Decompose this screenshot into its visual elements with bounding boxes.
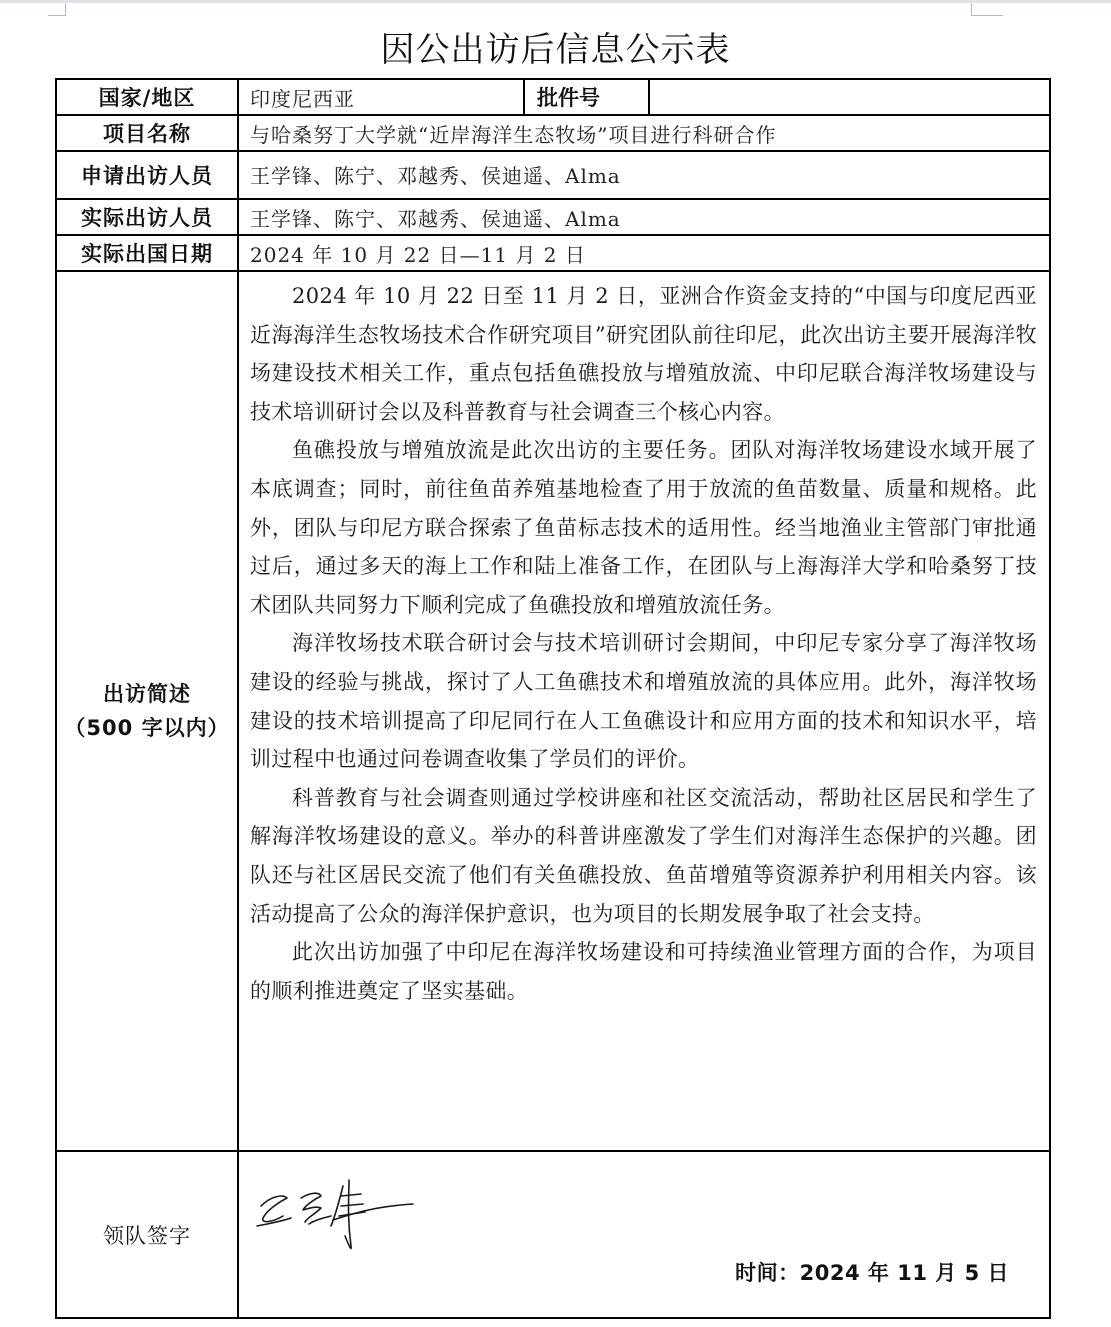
signature-area: 时间：2024 年 11 月 5 日 xyxy=(239,1152,1049,1317)
page-corner-mark-left xyxy=(48,3,66,16)
row-country: 国家/地区 印度尼西亚 批件号 xyxy=(57,80,1049,116)
handwritten-signature-icon xyxy=(253,1166,433,1256)
row-project-name: 项目名称 与哈桑努丁大学就“近岸海洋生态牧场”项目进行科研合作 xyxy=(57,116,1049,152)
project-name-label: 项目名称 xyxy=(57,116,239,150)
batch-number-value xyxy=(650,80,1049,114)
row-departure-dates: 实际出国日期 2024 年 10 月 22 日—11 月 2 日 xyxy=(57,236,1049,272)
actual-personnel-value: 王学锋、陈宁、邓越秀、侯迪遥、Alma xyxy=(239,200,1049,234)
batch-number-label: 批件号 xyxy=(523,80,650,114)
row-leader-signature: 领队签字 时间：2024 年 11 月 5 日 xyxy=(57,1152,1049,1317)
departure-dates-value: 2024 年 10 月 22 日—11 月 2 日 xyxy=(239,236,1049,270)
viewer-top-bar xyxy=(0,0,1111,3)
document-title: 因公出访后信息公示表 xyxy=(0,22,1111,71)
summary-paragraph: 2024 年 10 月 22 日至 11 月 2 日，亚洲合作资金支持的“中国与… xyxy=(250,277,1037,431)
departure-dates-label: 实际出国日期 xyxy=(57,236,239,270)
summary-label-limit: （500 字以内） xyxy=(64,711,229,745)
summary-paragraph: 科普教育与社会调查则通过学校讲座和社区交流活动，帮助社区居民和学生了解海洋牧场建… xyxy=(250,779,1037,933)
leader-signature-label: 领队签字 xyxy=(57,1152,239,1317)
summary-paragraph: 海洋牧场技术联合研讨会与技术培训研讨会期间，中印尼专家分享了海洋牧场建设的经验与… xyxy=(250,624,1037,778)
row-summary: 出访简述 （500 字以内） 2024 年 10 月 22 日至 11 月 2 … xyxy=(57,272,1049,1152)
actual-personnel-label: 实际出访人员 xyxy=(57,200,239,234)
country-label: 国家/地区 xyxy=(57,80,239,114)
summary-paragraph: 鱼礁投放与增殖放流是此次出访的主要任务。团队对海洋牧场建设水域开展了本底调查；同… xyxy=(250,431,1037,624)
row-applied-personnel: 申请出访人员 王学锋、陈宁、邓越秀、侯迪遥、Alma xyxy=(57,152,1049,200)
row-actual-personnel: 实际出访人员 王学锋、陈宁、邓越秀、侯迪遥、Alma xyxy=(57,200,1049,236)
country-value: 印度尼西亚 xyxy=(239,80,534,114)
summary-label-title: 出访简述 xyxy=(103,677,191,711)
applied-personnel-label: 申请出访人员 xyxy=(57,152,239,198)
applied-personnel-value: 王学锋、陈宁、邓越秀、侯迪遥、Alma xyxy=(239,152,1049,198)
summary-paragraph: 此次出访加强了中印尼在海洋牧场建设和可持续渔业管理方面的合作，为项目的顺利推进奠… xyxy=(250,933,1037,1010)
info-table: 国家/地区 印度尼西亚 批件号 项目名称 与哈桑努丁大学就“近岸海洋生态牧场”项… xyxy=(55,78,1051,1319)
signature-date: 时间：2024 年 11 月 5 日 xyxy=(735,1257,1009,1287)
project-name-value: 与哈桑努丁大学就“近岸海洋生态牧场”项目进行科研合作 xyxy=(239,116,1049,150)
page-corner-mark-right xyxy=(971,3,1003,16)
summary-label: 出访简述 （500 字以内） xyxy=(57,272,239,1150)
summary-body: 2024 年 10 月 22 日至 11 月 2 日，亚洲合作资金支持的“中国与… xyxy=(239,272,1049,1150)
